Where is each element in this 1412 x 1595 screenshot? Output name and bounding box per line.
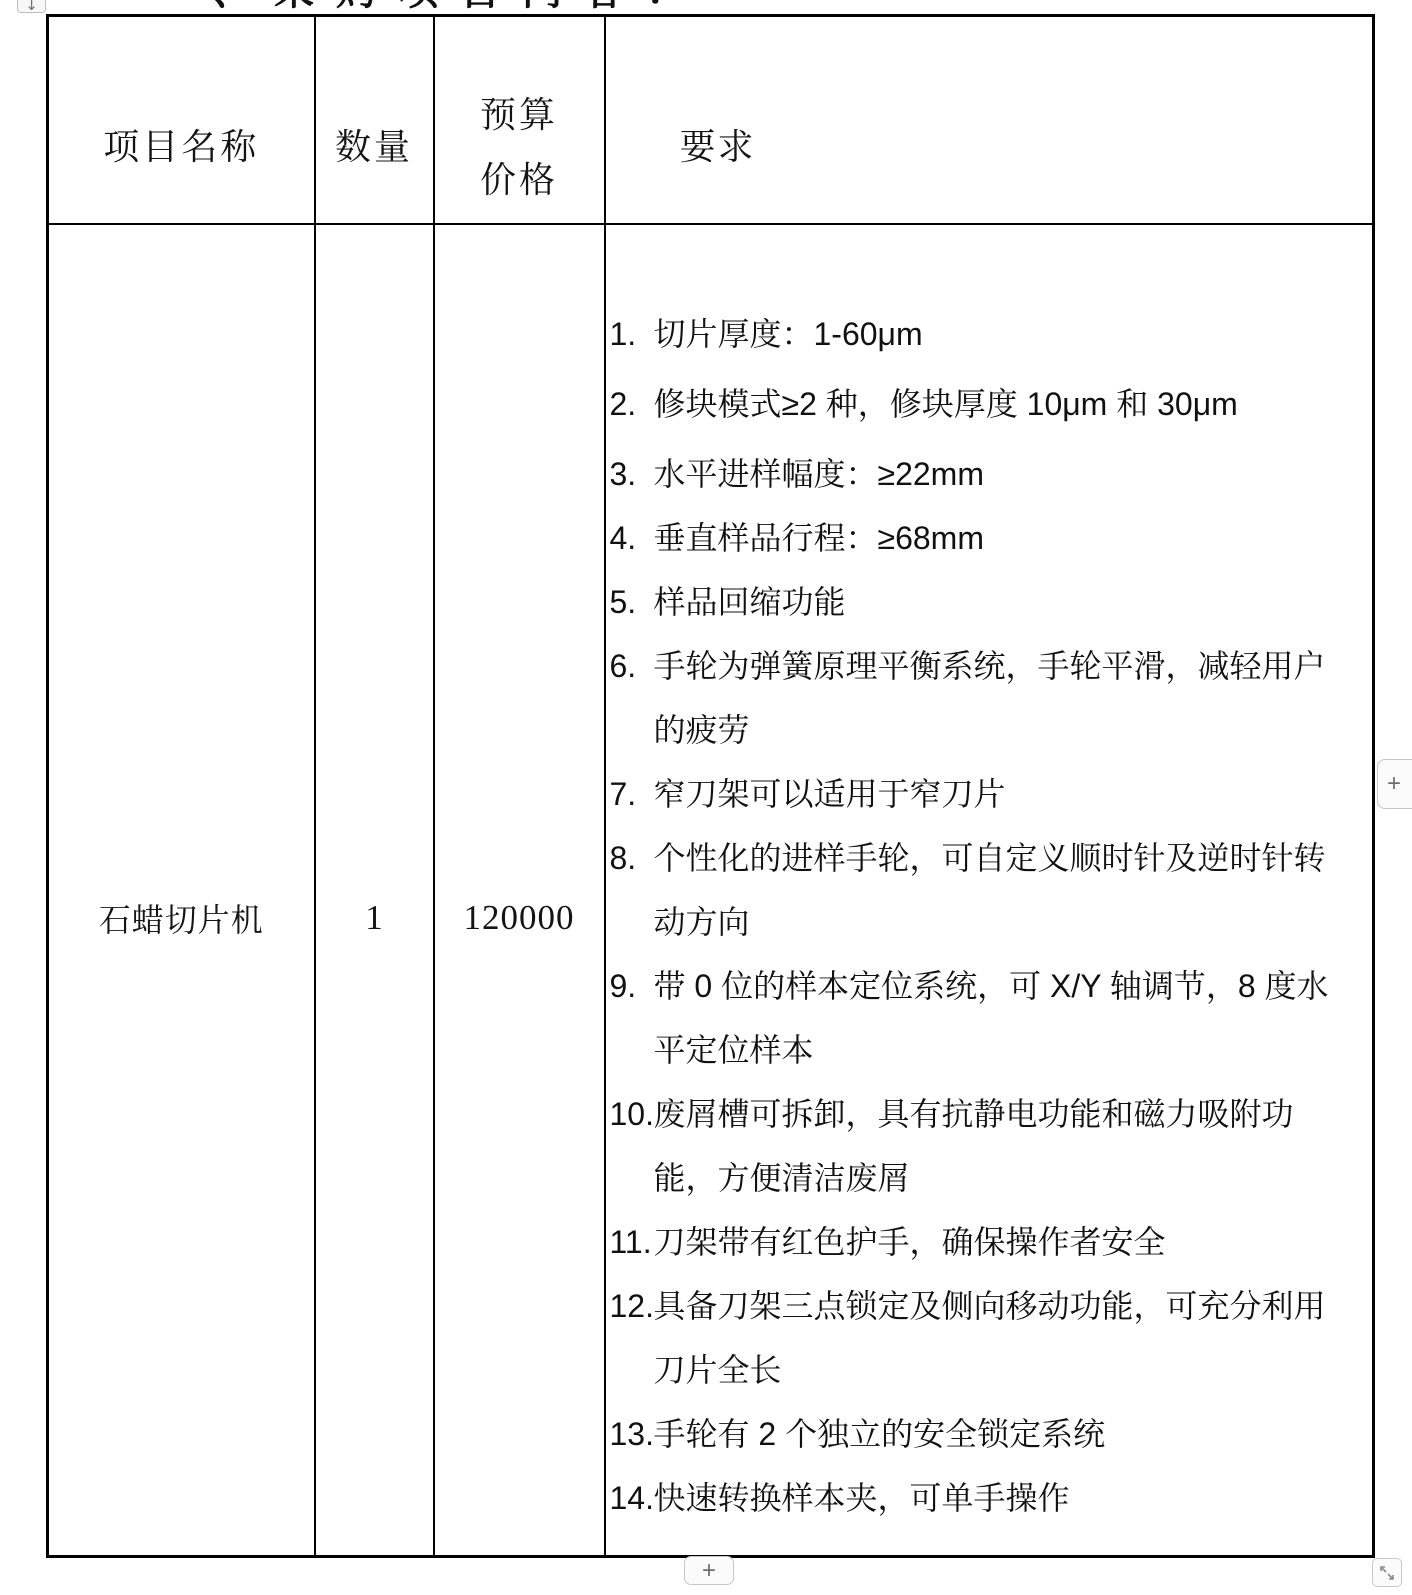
requirement-text: 具备刀架三点锁定及侧向移动功能，可充分利用刀片全长 [654, 1288, 1326, 1388]
requirement-text: 带 0 位的样本定位系统，可 X/Y 轴调节，8 度水平定位样本 [654, 968, 1329, 1068]
requirement-number: 5. [610, 570, 637, 634]
header-requirements-label: 要求 [680, 127, 756, 167]
table-move-handle[interactable]: ↓ [17, 0, 46, 13]
budget-price-value: 120000 [464, 898, 575, 937]
requirement-number: 7. [610, 762, 637, 826]
requirement-item[interactable]: 10. 废屑槽可拆卸，具有抗静电功能和磁力吸附功能，方便清洁废屑 [608, 1082, 1349, 1210]
requirement-number: 11. [610, 1210, 652, 1274]
requirement-item[interactable]: 4. 垂直样品行程：≥68mm [608, 506, 1349, 570]
add-column-button[interactable]: + [1377, 759, 1412, 809]
table-row: 石蜡切片机 1 120000 1. 切片厚度：1-60μm [48, 224, 1374, 1557]
add-row-button[interactable]: + [684, 1556, 734, 1585]
header-budget-price[interactable]: 预算价格 [434, 16, 605, 224]
requirement-item[interactable]: 14. 快速转换样本夹，可单手操作 [608, 1466, 1349, 1530]
requirement-item[interactable]: 13. 手轮有 2 个独立的安全锁定系统 [608, 1402, 1349, 1466]
requirement-text: 垂直样品行程：≥68mm [654, 520, 984, 556]
requirement-text: 个性化的进样手轮，可自定义顺时针及逆时针转动方向 [654, 840, 1326, 940]
plus-icon: + [1387, 772, 1401, 796]
quantity-value: 1 [365, 898, 383, 937]
requirement-number: 4. [610, 506, 637, 570]
header-budget-price-label: 预算价格 [463, 83, 575, 213]
requirement-item[interactable]: 9. 带 0 位的样本定位系统，可 X/Y 轴调节，8 度水平定位样本 [608, 954, 1349, 1082]
header-project-name[interactable]: 项目名称 [48, 16, 315, 224]
resize-diagonal-icon [1377, 1563, 1397, 1583]
procurement-table: 项目名称 数量 预算价格 要求 石蜡切片机 1 120000 [46, 14, 1375, 1558]
cell-project-name[interactable]: 石蜡切片机 [48, 224, 315, 1557]
requirement-text: 废屑槽可拆卸，具有抗静电功能和磁力吸附功能，方便清洁废屑 [654, 1096, 1294, 1196]
requirement-number: 12. [610, 1274, 654, 1338]
move-table-icon: ↓ [25, 0, 38, 12]
requirement-item[interactable]: 5. 样品回缩功能 [608, 570, 1349, 634]
requirement-number: 14. [610, 1466, 654, 1530]
clipped-heading: 一、采购项目内容： [150, 0, 708, 12]
cell-budget-price[interactable]: 120000 [434, 224, 605, 1557]
requirement-item[interactable]: 7. 窄刀架可以适用于窄刀片 [608, 762, 1349, 826]
project-name-value: 石蜡切片机 [99, 902, 264, 938]
requirement-number: 13. [610, 1402, 654, 1466]
requirement-number: 8. [610, 826, 637, 890]
requirement-number: 3. [610, 442, 637, 506]
requirement-number: 2. [610, 372, 637, 436]
requirement-text: 修块模式≥2 种，修块厚度 10μm 和 30μm [654, 386, 1238, 422]
document-page: 一、采购项目内容： ↓ 项目名称 数量 预算价格 要求 石 [0, 0, 1412, 1595]
header-quantity-label: 数量 [335, 127, 413, 167]
requirement-number: 10. [610, 1082, 654, 1146]
cell-quantity[interactable]: 1 [315, 224, 434, 1557]
requirement-number: 9. [610, 954, 637, 1018]
requirement-text: 切片厚度：1-60μm [654, 316, 923, 352]
requirement-item[interactable]: 3. 水平进样幅度：≥22mm [608, 442, 1349, 506]
requirement-item[interactable]: 8. 个性化的进样手轮，可自定义顺时针及逆时针转动方向 [608, 826, 1349, 954]
requirement-number: 1. [610, 302, 637, 366]
plus-icon: + [702, 1559, 716, 1583]
requirement-text: 手轮有 2 个独立的安全锁定系统 [654, 1416, 1106, 1452]
requirement-item[interactable]: 6. 手轮为弹簧原理平衡系统，手轮平滑，减轻用户的疲劳 [608, 634, 1349, 762]
table-header-row: 项目名称 数量 预算价格 要求 [48, 16, 1374, 224]
requirement-text: 窄刀架可以适用于窄刀片 [654, 776, 1006, 812]
requirement-text: 快速转换样本夹，可单手操作 [654, 1480, 1070, 1516]
requirement-text: 水平进样幅度：≥22mm [654, 456, 984, 492]
cell-requirements[interactable]: 1. 切片厚度：1-60μm 2. 修块模式≥2 种，修块厚度 10μm 和 3… [605, 224, 1374, 1557]
requirement-item[interactable]: 11. 刀架带有红色护手，确保操作者安全 [608, 1210, 1349, 1274]
header-requirements[interactable]: 要求 [605, 16, 1374, 224]
header-quantity[interactable]: 数量 [315, 16, 434, 224]
table-resize-handle[interactable] [1372, 1558, 1402, 1587]
requirement-text: 样品回缩功能 [654, 584, 846, 620]
requirement-item[interactable]: 1. 切片厚度：1-60μm [608, 302, 1349, 366]
requirement-number: 6. [610, 634, 637, 698]
requirement-text: 手轮为弹簧原理平衡系统，手轮平滑，减轻用户的疲劳 [654, 648, 1326, 748]
requirement-item[interactable]: 12. 具备刀架三点锁定及侧向移动功能，可充分利用刀片全长 [608, 1274, 1349, 1402]
header-project-name-label: 项目名称 [103, 127, 259, 167]
requirements-list: 1. 切片厚度：1-60μm 2. 修块模式≥2 种，修块厚度 10μm 和 3… [608, 302, 1349, 1530]
requirement-text: 刀架带有红色护手，确保操作者安全 [654, 1224, 1166, 1260]
requirement-item[interactable]: 2. 修块模式≥2 种，修块厚度 10μm 和 30μm [608, 372, 1349, 436]
